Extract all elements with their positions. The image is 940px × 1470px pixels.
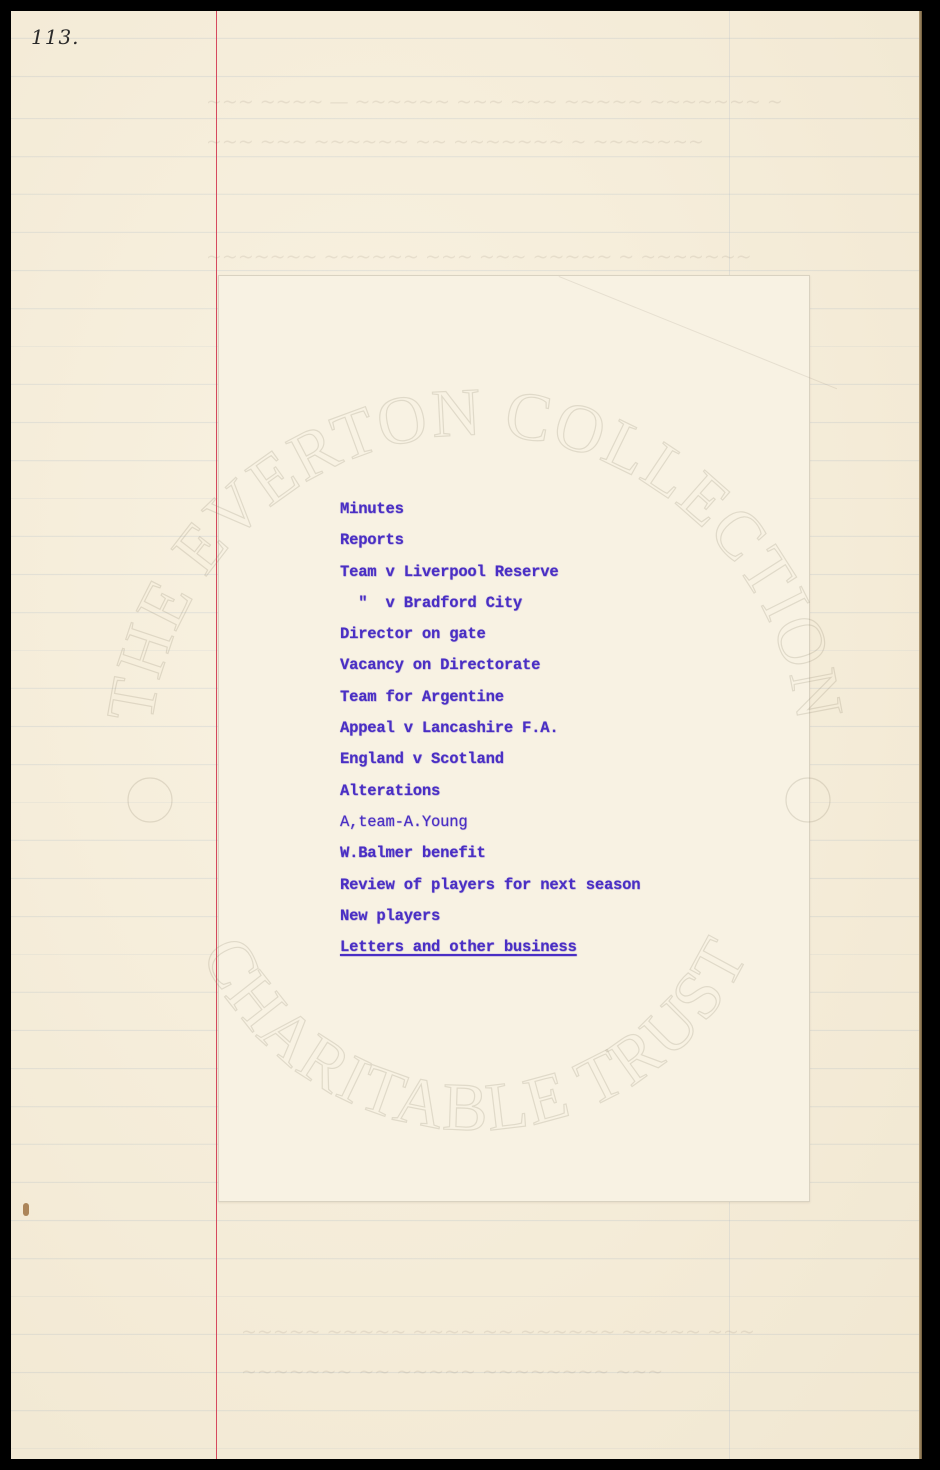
- sheet-crease: [514, 276, 837, 501]
- agenda-item-vacancy-directorate: Vacancy on Directorate: [340, 650, 640, 681]
- agenda-item-minutes: Minutes: [340, 494, 640, 525]
- agenda-list: Minutes Reports Team v Liverpool Reserve…: [340, 494, 640, 963]
- agenda-item-new-players: New players: [340, 901, 640, 932]
- agenda-item-england-scotland: England v Scotland: [340, 744, 640, 775]
- bleed-through-handwriting: ~~~~~~~ ~~ ~~~~~ ~~~~~~~~ ~~~: [241, 1361, 663, 1383]
- pasted-agenda-sheet: Minutes Reports Team v Liverpool Reserve…: [218, 275, 810, 1202]
- bleed-through-handwriting: ~~~~~~~ ~~~~~~ ~~~ ~~~ ~~~~~ ~ ~~~~~~~: [206, 246, 752, 268]
- agenda-item-team-liverpool-reserve: Team v Liverpool Reserve: [340, 557, 640, 588]
- red-margin-rule: [216, 11, 217, 1459]
- agenda-item-bradford-city: " v Bradford City: [340, 588, 640, 619]
- ink-smudge: [23, 1203, 29, 1216]
- agenda-item-alterations: Alterations: [340, 776, 640, 807]
- agenda-item-reports: Reports: [340, 525, 640, 556]
- page-number: 113.: [31, 25, 80, 49]
- agenda-item-review-players: Review of players for next season: [340, 870, 640, 901]
- agenda-item-team-argentine: Team for Argentine: [340, 682, 640, 713]
- agenda-item-a-team-young: A,team-A.Young: [340, 807, 640, 838]
- agenda-item-balmer-benefit: W.Balmer benefit: [340, 838, 640, 869]
- agenda-item-director-on-gate: Director on gate: [340, 619, 640, 650]
- agenda-item-appeal-lancashire: Appeal v Lancashire F.A.: [340, 713, 640, 744]
- bleed-through-handwriting: ~~~ ~~~~ — ~~~~~~ ~~~ ~~~ ~~~~~ ~~~~~~~ …: [206, 91, 783, 113]
- agenda-item-letters-other-business: Letters and other business: [340, 932, 640, 963]
- bleed-through-handwriting: ~~~~~ ~~~~~ ~~~~ ~~ ~~~~~~ ~~~~~ ~~~: [241, 1321, 755, 1343]
- bleed-through-handwriting: ~~~ ~~~ ~~~~~~ ~~ ~~~~~~~ ~ ~~~~~~~: [206, 131, 704, 153]
